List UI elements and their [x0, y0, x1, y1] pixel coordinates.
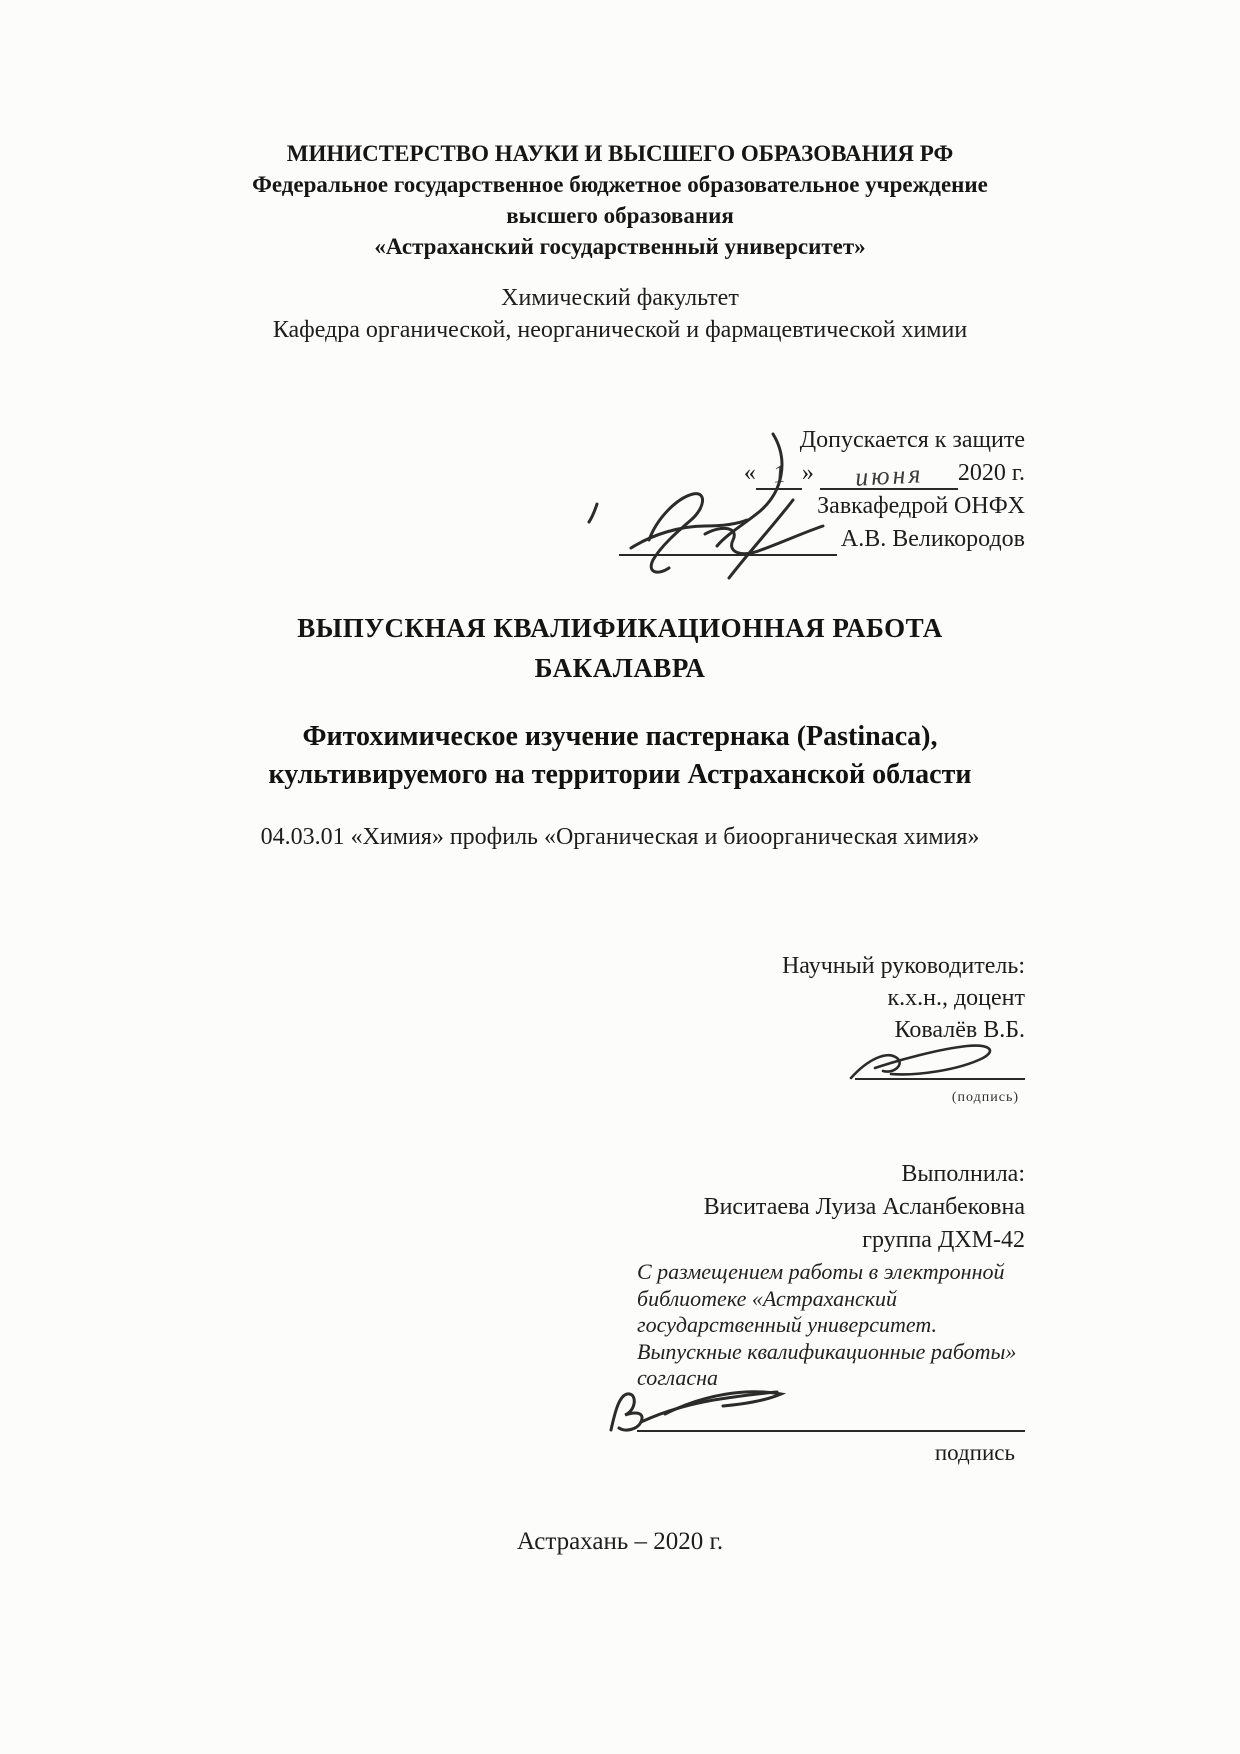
supervisor-block: Научный руководитель: к.х.н., доцент Ков… [605, 950, 1025, 1110]
header-block: МИНИСТЕРСТВО НАУКИ И ВЫСШЕГО ОБРАЗОВАНИЯ… [0, 138, 1240, 346]
consent-line: согласна [637, 1365, 1025, 1392]
ministry-line: МИНИСТЕРСТВО НАУКИ И ВЫСШЕГО ОБРАЗОВАНИЯ… [0, 138, 1240, 169]
performer-group: группа ДХМ-42 [555, 1224, 1025, 1257]
work-type-line2: БАКАЛАВРА [0, 648, 1240, 688]
institution-line: Федеральное государственное бюджетное об… [0, 169, 1240, 200]
performer-signature-line [637, 1430, 1025, 1432]
education-level-line: высшего образования [0, 200, 1240, 231]
quote-close: » [802, 460, 814, 486]
consent-line: С размещением работы в электронной [637, 1259, 1025, 1286]
supervisor-signature-line [855, 1078, 1025, 1080]
supervisor-label: Научный руководитель: [605, 950, 1025, 982]
approval-year: 2020 г. [958, 460, 1025, 486]
thesis-title-line1: Фитохимическое изучение пастернака (Past… [0, 718, 1240, 756]
supervisor-name: Ковалёв В.Б. [605, 1014, 1025, 1046]
handwritten-month-field: июня [820, 460, 958, 490]
performer-name: Виситаева Луиза Асланбековна [555, 1191, 1025, 1224]
consent-line: Выпускные квалификационные работы» [637, 1339, 1025, 1366]
footer-city-year: Астрахань – 2020 г. [0, 1528, 1240, 1556]
handwritten-day: 1 [771, 461, 786, 488]
approval-date-line: «1» июня2020 г. [585, 457, 1025, 490]
approval-block: Допускается к защите «1» июня2020 г. Зав… [585, 424, 1025, 556]
quote-open: « [744, 460, 756, 486]
supervisor-degree: к.х.н., доцент [605, 982, 1025, 1014]
program-line: 04.03.01 «Химия» профиль «Органическая и… [0, 824, 1240, 851]
handwritten-month: июня [854, 461, 924, 491]
department-line: Кафедра органической, неорганической и ф… [0, 314, 1240, 346]
handwritten-day-field: 1 [756, 460, 802, 490]
work-type-block: ВЫПУСКНАЯ КВАЛИФИКАЦИОННАЯ РАБОТА БАКАЛА… [0, 608, 1240, 688]
consent-line: библиотеке «Астраханский [637, 1286, 1025, 1313]
approval-signature-row: А.В. Великородов [585, 523, 1025, 556]
supervisor-signature-area: (подпись) [605, 1052, 1025, 1110]
performer-block: Выполнила: Виситаева Луиза Асланбековна … [555, 1158, 1025, 1466]
approval-signature-line [619, 528, 837, 556]
performer-signature-area: подпись [555, 1396, 1025, 1466]
approval-permission-line: Допускается к защите [585, 424, 1025, 457]
approval-name: А.В. Великородов [841, 526, 1025, 552]
university-name-line: «Астраханский государственный университе… [0, 231, 1240, 262]
performer-label: Выполнила: [555, 1158, 1025, 1191]
performer-signature-caption: подпись [935, 1436, 1015, 1469]
consent-statement: С размещением работы в электронной библи… [637, 1259, 1025, 1392]
work-type-line1: ВЫПУСКНАЯ КВАЛИФИКАЦИОННАЯ РАБОТА [0, 608, 1240, 648]
thesis-title-line2: культивируемого на территории Астраханск… [0, 756, 1240, 794]
thesis-title-page: МИНИСТЕРСТВО НАУКИ И ВЫСШЕГО ОБРАЗОВАНИЯ… [0, 0, 1240, 1754]
faculty-line: Химический факультет [0, 282, 1240, 314]
supervisor-signature-caption: (подпись) [952, 1082, 1019, 1114]
consent-line: государственный университет. [637, 1312, 1025, 1339]
thesis-title-block: Фитохимическое изучение пастернака (Past… [0, 718, 1240, 794]
approval-position: Завкафедрой ОНФХ [585, 490, 1025, 523]
